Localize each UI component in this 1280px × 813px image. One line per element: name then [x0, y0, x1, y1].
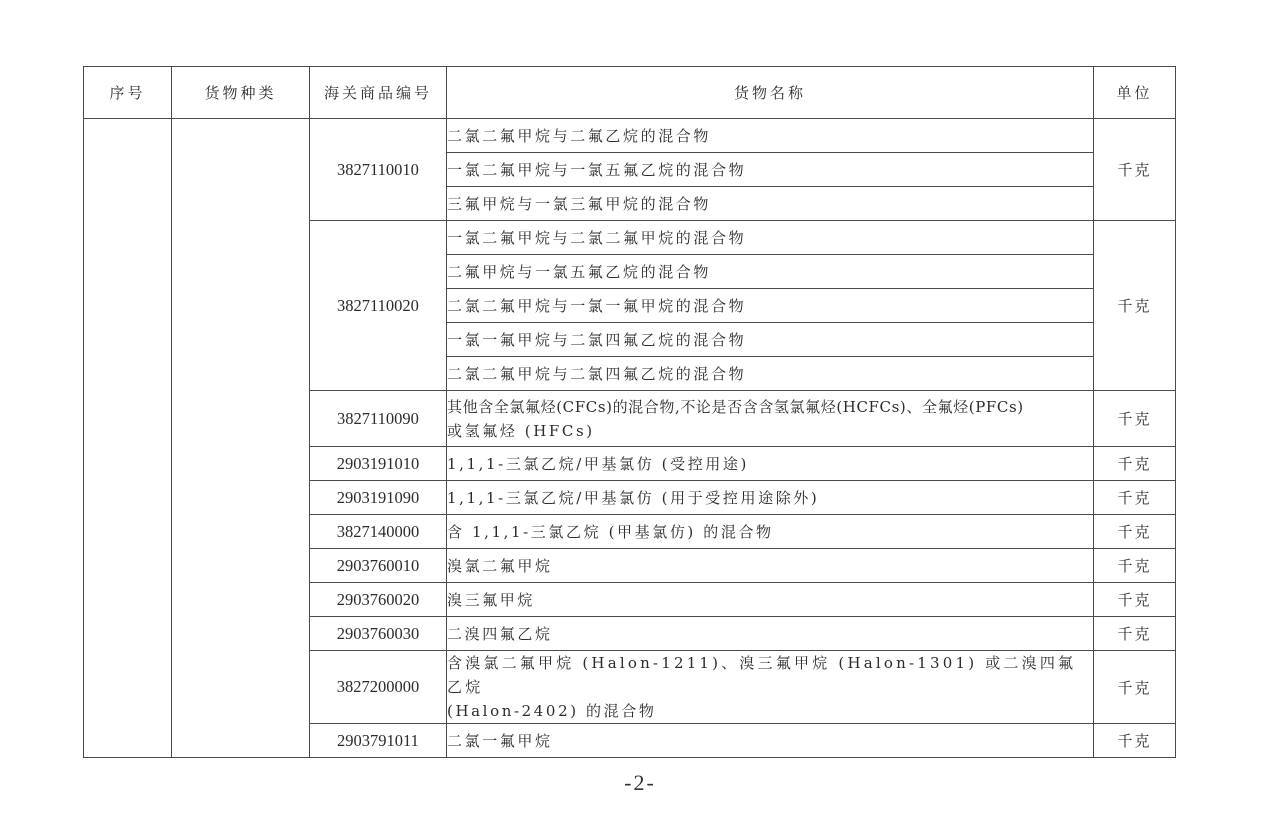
code-cell: 3827200000	[310, 651, 447, 724]
name-cell: 溴氯二氟甲烷	[447, 549, 1094, 583]
name-cell: 二氯二氟甲烷与二氟乙烷的混合物	[447, 119, 1094, 153]
name-cell: 三氟甲烷与一氯三氟甲烷的混合物	[447, 187, 1094, 221]
header-unit: 单位	[1094, 67, 1176, 119]
table-header-row: 序号 货物种类 海关商品编号 货物名称 单位	[84, 67, 1176, 119]
goods-table: 序号 货物种类 海关商品编号 货物名称 单位 3827110010 二氯二氟甲烷…	[83, 66, 1176, 758]
name-line-1: 其他含全氯氟烃(CFCs)的混合物,不论是否含含氢氯氟烃(HCFCs)、全氟烃(…	[447, 395, 1093, 419]
name-cell: 溴三氟甲烷	[447, 583, 1094, 617]
name-cell: 其他含全氯氟烃(CFCs)的混合物,不论是否含含氢氯氟烃(HCFCs)、全氟烃(…	[447, 391, 1094, 447]
code-cell: 2903760030	[310, 617, 447, 651]
header-seq: 序号	[84, 67, 172, 119]
unit-cell: 千克	[1094, 724, 1176, 758]
seq-cell	[84, 119, 172, 758]
page-number: -2-	[0, 770, 1280, 796]
name-cell: 二氯一氟甲烷	[447, 724, 1094, 758]
unit-cell: 千克	[1094, 549, 1176, 583]
code-cell: 2903191010	[310, 447, 447, 481]
kind-cell	[172, 119, 310, 758]
name-cell: 二氟甲烷与一氯五氟乙烷的混合物	[447, 255, 1094, 289]
name-cell: 1,1,1-三氯乙烷/甲基氯仿 (受控用途)	[447, 447, 1094, 481]
code-cell: 3827140000	[310, 515, 447, 549]
unit-cell: 千克	[1094, 221, 1176, 391]
name-cell: 含 1,1,1-三氯乙烷 (甲基氯仿) 的混合物	[447, 515, 1094, 549]
unit-cell: 千克	[1094, 617, 1176, 651]
code-cell: 2903760020	[310, 583, 447, 617]
header-kind: 货物种类	[172, 67, 310, 119]
name-cell: 二氯二氟甲烷与一氯一氟甲烷的混合物	[447, 289, 1094, 323]
table-row: 3827110010 二氯二氟甲烷与二氟乙烷的混合物 千克	[84, 119, 1176, 153]
code-cell: 2903191090	[310, 481, 447, 515]
unit-cell: 千克	[1094, 391, 1176, 447]
code-cell: 3827110020	[310, 221, 447, 391]
name-cell: 一氯二氟甲烷与一氯五氟乙烷的混合物	[447, 153, 1094, 187]
name-cell: 一氯一氟甲烷与二氯四氟乙烷的混合物	[447, 323, 1094, 357]
unit-cell: 千克	[1094, 447, 1176, 481]
name-cell: 1,1,1-三氯乙烷/甲基氯仿 (用于受控用途除外)	[447, 481, 1094, 515]
header-name: 货物名称	[447, 67, 1094, 119]
code-cell: 2903791011	[310, 724, 447, 758]
name-cell: 二溴四氟乙烷	[447, 617, 1094, 651]
name-line-2: (Halon-2402) 的混合物	[447, 699, 1093, 723]
unit-cell: 千克	[1094, 119, 1176, 221]
name-line-2: 或氢氟烃 (HFCs)	[447, 419, 1093, 443]
unit-cell: 千克	[1094, 481, 1176, 515]
code-cell: 2903760010	[310, 549, 447, 583]
unit-cell: 千克	[1094, 515, 1176, 549]
code-cell: 3827110010	[310, 119, 447, 221]
code-cell: 3827110090	[310, 391, 447, 447]
unit-cell: 千克	[1094, 583, 1176, 617]
name-cell: 含溴氯二氟甲烷 (Halon-1211)、溴三氟甲烷 (Halon-1301) …	[447, 651, 1094, 724]
unit-cell: 千克	[1094, 651, 1176, 724]
name-line-1: 含溴氯二氟甲烷 (Halon-1211)、溴三氟甲烷 (Halon-1301) …	[447, 651, 1093, 699]
header-code: 海关商品编号	[310, 67, 447, 119]
name-cell: 一氯二氟甲烷与二氯二氟甲烷的混合物	[447, 221, 1094, 255]
name-cell: 二氯二氟甲烷与二氯四氟乙烷的混合物	[447, 357, 1094, 391]
